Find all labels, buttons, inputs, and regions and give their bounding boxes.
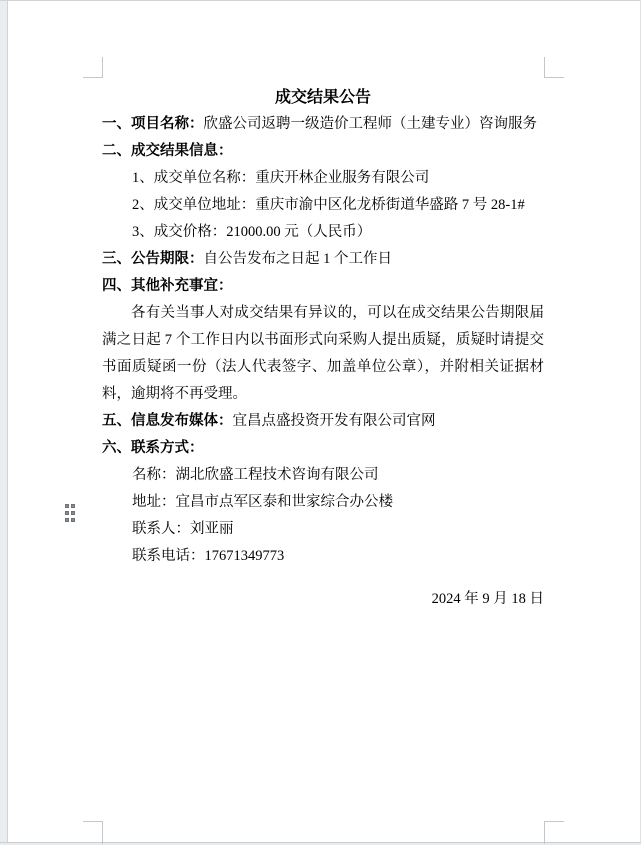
section-publish-media: 五、信息发布媒体：宜昌点盛投资开发有限公司官网 [102,408,544,435]
section-result-info-heading: 二、成交结果信息： [102,138,544,165]
drag-dot [71,511,75,515]
contact-phone: 联系电话：17671349773 [102,543,544,570]
drag-dot [71,518,75,522]
section-announcement-period: 三、公告期限：自公告发布之日起 1 个工作日 [102,246,544,273]
result-item-winner-name: 1、成交单位名称：重庆开林企业服务有限公司 [102,165,544,192]
result-item-winner-address: 2、成交单位地址：重庆市渝中区化龙桥街道华盛路 7 号 28-1# [102,192,544,219]
drag-dot [65,518,69,522]
document-date: 2024 年 9 月 18 日 [102,586,544,613]
drag-dot [65,504,69,508]
contact-address: 地址：宜昌市点军区泰和世家综合办公楼 [102,489,544,516]
section-project-name-label: 一、项目名称： [102,116,204,132]
drag-handle-icon[interactable] [65,504,75,522]
section-contact-heading: 六、联系方式： [102,435,544,462]
section-announcement-period-label: 三、公告期限： [102,251,204,267]
section-publish-media-value: 宜昌点盛投资开发有限公司官网 [233,413,436,429]
section-project-name-value: 欣盛公司返聘一级造价工程师（土建专业）咨询服务 [204,116,538,132]
section-other-matters-heading: 四、其他补充事宜： [102,273,544,300]
crop-mark-bottom-left [83,821,103,844]
result-item-price: 3、成交价格：21000.00 元（人民币） [102,219,544,246]
section-announcement-period-value: 自公告发布之日起 1 个工作日 [204,251,393,267]
section-publish-media-label: 五、信息发布媒体： [102,413,233,429]
document-page[interactable]: 成交结果公告 一、项目名称：欣盛公司返聘一级造价工程师（土建专业）咨询服务 二、… [102,84,544,613]
contact-person: 联系人：刘亚丽 [102,516,544,543]
section-project-name: 一、项目名称：欣盛公司返聘一级造价工程师（土建专业）咨询服务 [102,111,544,138]
window-left-edge [0,0,8,845]
document-title: 成交结果公告 [102,84,544,111]
drag-dot [71,504,75,508]
window-top-edge [0,0,641,1]
crop-mark-top-right [544,57,564,78]
objection-paragraph: 各有关当事人对成交结果有异议的，可以在成交结果公告期限届满之日起 7 个工作日内… [102,300,544,408]
contact-name: 名称：湖北欣盛工程技术咨询有限公司 [102,462,544,489]
drag-dot [65,511,69,515]
crop-mark-top-left [83,57,103,78]
crop-mark-bottom-right [544,821,564,844]
